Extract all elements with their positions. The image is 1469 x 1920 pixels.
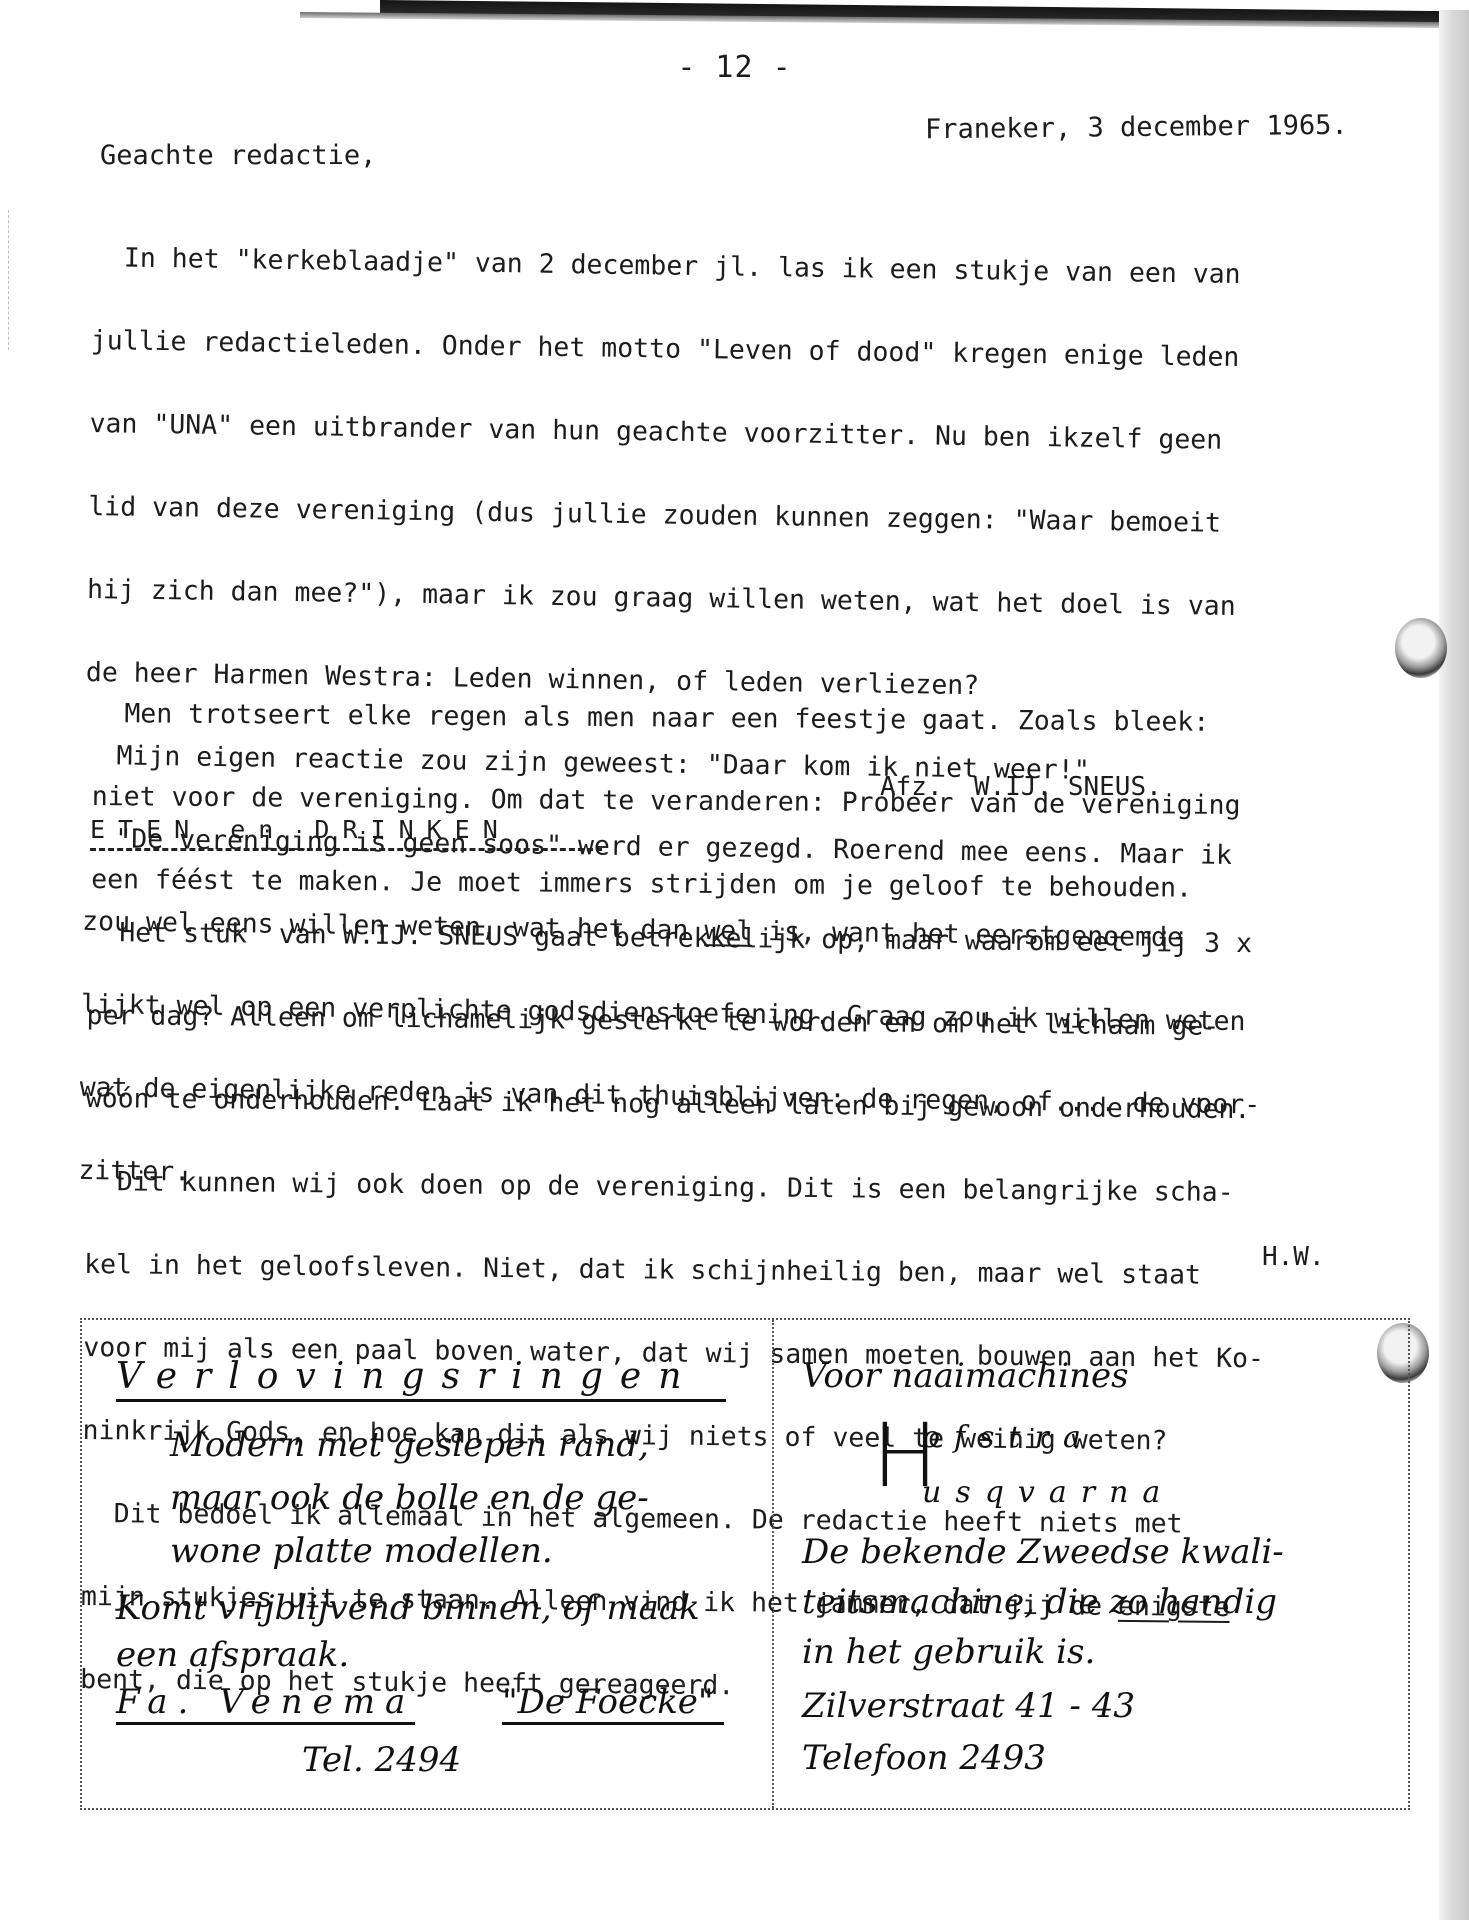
text-line: kel in het geloofsleven. Niet, dat ik sc… (84, 1252, 1265, 1293)
ad-line: wone platte modellen. (170, 1531, 553, 1571)
letter-salutation: Geachte redactie, (100, 140, 376, 171)
ad-line: Komt vrijblijvend binnen, of maak (116, 1588, 700, 1628)
left-margin-marks (8, 210, 11, 350)
page-number: - 12 - (0, 50, 1469, 85)
brand-line: usqvarna (922, 1475, 1174, 1510)
section-heading: ETEN en DRINKEN (90, 815, 602, 851)
ad-phone: Telefoon 2493 (802, 1738, 1046, 1778)
advertisement-box: Verlovingsringen Modern met geslepen ran… (80, 1318, 1410, 1810)
ad-intro: Voor naaimachines (802, 1356, 1129, 1396)
ad-address: Zilverstraat 41 - 43 (802, 1686, 1135, 1726)
ad-line: De bekende Zweedse kwali- (802, 1532, 1284, 1572)
ad-title: Verlovingsringen (116, 1356, 726, 1402)
page-right-edge (1439, 10, 1469, 1920)
ad-phone: Tel. 2494 (302, 1740, 461, 1780)
ad-line: Modern met geslepen rand, (170, 1425, 649, 1465)
text-line: lid van deze vereniging (dus jullie zoud… (88, 494, 1269, 542)
text-line: In het "kerkeblaadje" van 2 december jl.… (92, 245, 1273, 293)
text-line: per dag? Alleen om lichamelijk gesterkt … (86, 1003, 1267, 1044)
text-line: Men trotseert elke regen als men naar ee… (92, 701, 1241, 740)
ad-divider (772, 1320, 774, 1808)
ad-line: teitsmachine, die zo handig (802, 1582, 1277, 1622)
text-line: hij zich dan mee?"), maar ik zou graag w… (87, 577, 1268, 625)
text-line: wóón te onderhouden. Laat ik het nog all… (86, 1086, 1267, 1127)
heading-underline (90, 848, 602, 851)
text-line: Dit kunnen wij ook doen op de vereniging… (85, 1169, 1266, 1210)
ad-line: in het gebruik is. (802, 1632, 1095, 1672)
text-line: van "UNA" een uitbrander van hun geachte… (89, 411, 1270, 459)
letter-dateline: Franeker, 3 december 1965. (925, 110, 1348, 145)
ad-line: maar ook de bolle en de ge- (170, 1478, 649, 1518)
ad-shop-name: "De Foecke" (502, 1682, 724, 1725)
ad-firm-name: Fa. Venema (116, 1682, 415, 1725)
reply-signature: H.W. (1262, 1242, 1325, 1272)
punch-hole-icon (1395, 618, 1447, 678)
text-line: jullie redactieleden. Onder het motto "L… (91, 328, 1272, 376)
letter-signature: Afz. W.IJ. SNEUS. (880, 772, 1162, 802)
text-line: Het stuk van W.IJ. SNEUS gaat betrekkeli… (87, 920, 1268, 961)
ad-line: een afspraak. (116, 1635, 349, 1675)
brand-line: ofstra (922, 1420, 1095, 1455)
